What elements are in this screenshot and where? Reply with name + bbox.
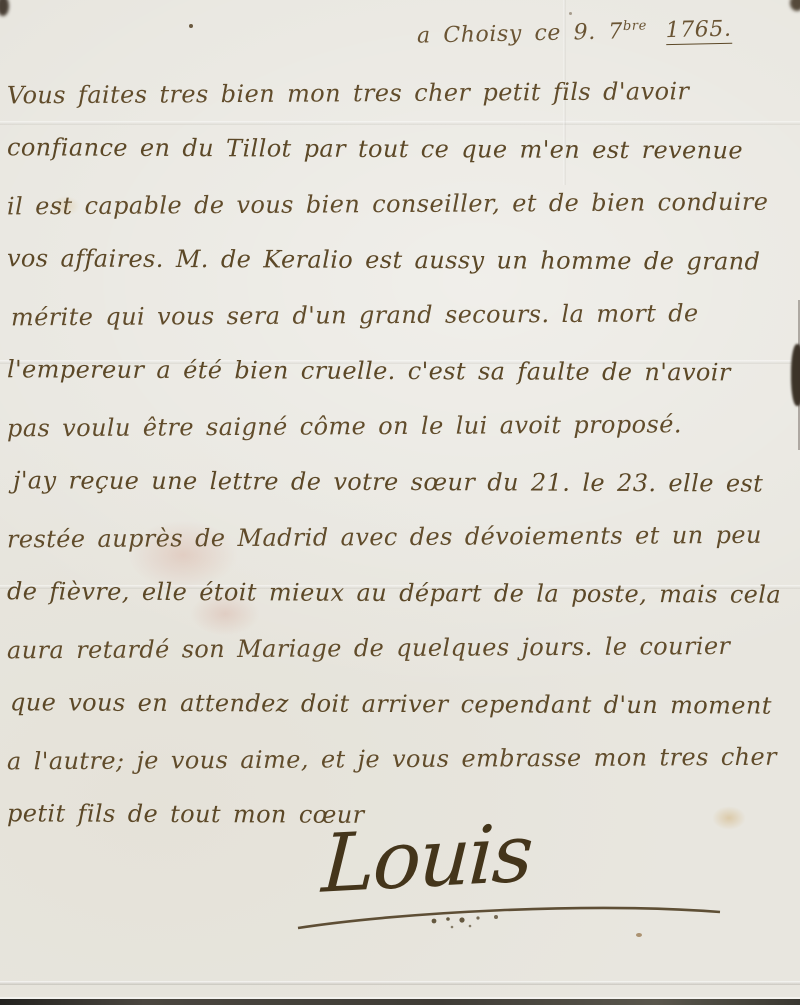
ink-speck [569, 12, 572, 15]
dateline-superscript: bre [623, 18, 647, 33]
corner-ink-mark [790, 0, 800, 11]
letter-line: aura retardé son Mariage de quelques jou… [7, 619, 793, 679]
letter-body: Vous faites tres bien mon tres cher peti… [7, 66, 793, 843]
letter-line: confiance en du Tillot par tout ce que m… [7, 120, 793, 179]
signature-flourish [292, 896, 732, 940]
dateline: a Choisy ce 9. 7bre 1765. [417, 17, 732, 51]
letter-page: a Choisy ce 9. 7bre 1765. Vous faites tr… [0, 0, 800, 1005]
letter-line: de fièvre, elle étoit mieux au départ de… [7, 564, 793, 623]
letter-line: restée auprès de Madrid avec des dévoiem… [7, 508, 793, 568]
dateline-year: 1765. [666, 17, 733, 45]
letter-line: il est capable de vous bien conseiller, … [7, 175, 793, 235]
letter-line: que vous en attendez doit arriver cepend… [10, 675, 793, 734]
scan-edge-shadow [0, 999, 800, 1005]
ink-speck [189, 24, 193, 28]
letter-line: l'empereur a été bien cruelle. c'est sa … [7, 342, 793, 401]
letter-line: mérite qui vous sera d'un grand secours.… [11, 286, 793, 346]
fold-crease [0, 981, 800, 985]
letter-line: Vous faites tres bien mon tres cher peti… [7, 64, 793, 124]
letter-line: pas voulu être saigné côme on le lui avo… [7, 397, 793, 457]
letter-line: vos affaires. M. de Keralio est aussy un… [7, 231, 793, 290]
letter-line: a l'autre; je vous aime, et je vous embr… [7, 730, 793, 790]
corner-ink-mark [0, 0, 9, 16]
dateline-place: a Choisy ce 9. 7 [417, 19, 624, 48]
letter-line: j'ay reçue une lettre de votre sœur du 2… [13, 453, 793, 512]
